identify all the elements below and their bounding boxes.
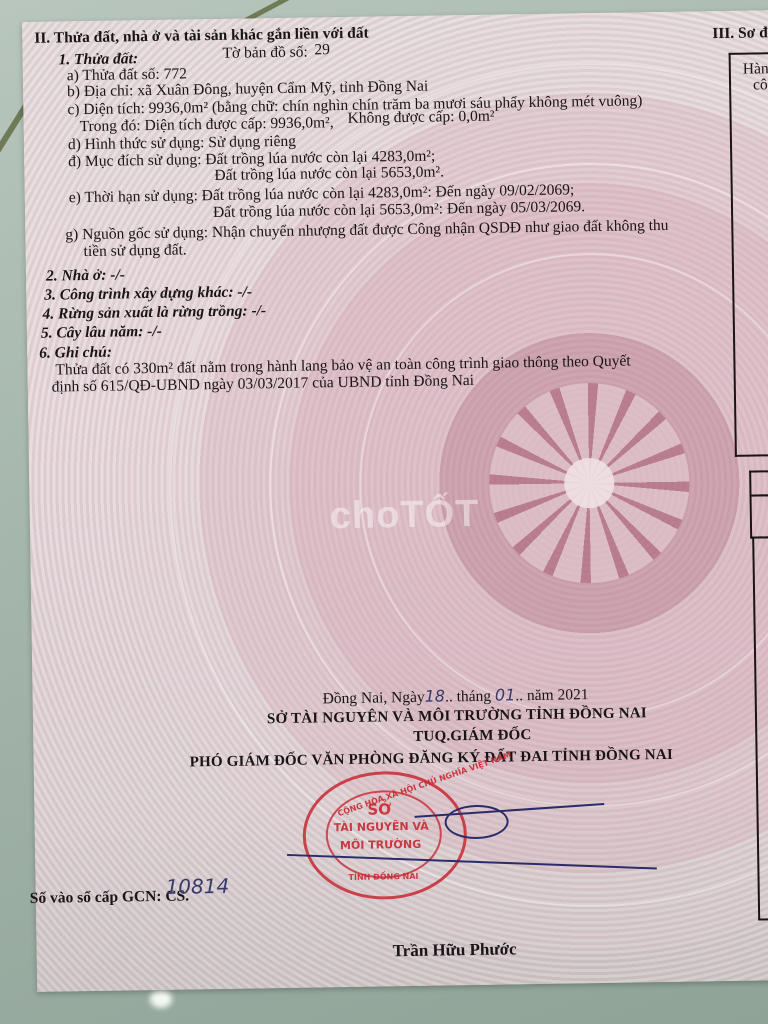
house-item: 2. Nhà ở: -/- (46, 266, 125, 285)
month-prefix: tháng (457, 688, 492, 706)
place-date-prefix: Đồng Nai, Ngày (323, 689, 425, 708)
registry-number: 10814 (165, 877, 229, 896)
diagram-cell (749, 470, 768, 497)
seal-center-text: TÀI NGUYÊN VÀ (334, 820, 429, 834)
authorization-line: TUQ.GIÁM ĐỐC (413, 726, 532, 746)
perennial-trees-item: 5. Cây lâu năm: -/- (41, 323, 162, 343)
land-use-certificate-page: choTỐT II. Thửa đất, nhà ở và tài sản kh… (22, 10, 768, 992)
usage-purpose-cont: Đất trồng lúa nước còn lại 5653,0m². (214, 163, 444, 185)
seal-outer-text: TỈNH ĐỒNG NAI (348, 872, 418, 882)
watermark: choTỐT (329, 493, 479, 538)
usage-origin-cont: tiền sử dụng đất. (83, 241, 186, 261)
seal-center-text: SỞ (367, 800, 391, 818)
planted-forest-item: 4. Rừng sản xuất là rừng trồng: -/- (42, 302, 266, 324)
diagram-frame (729, 52, 768, 457)
issue-month: 01 (495, 685, 516, 704)
seal-center-text: MÔI TRƯỜNG (340, 838, 421, 852)
issue-day: 18 (425, 686, 446, 705)
official-red-seal: CỘNG HÒA XÃ HỘI CHỦ NGHĨA VIỆT NAM SỞ TÀ… (302, 770, 468, 901)
diagram-cell (750, 494, 768, 539)
map-sheet-label: Tờ bản đồ số: (222, 44, 308, 63)
other-construction-item: 3. Công trình xây dựng khác: -/- (44, 283, 252, 304)
issue-year: năm 2021 (527, 686, 589, 704)
light-glare (150, 990, 172, 1008)
area-not-granted: Không được cấp: 0,0m² (347, 108, 494, 128)
diagram-box-label: cô (753, 76, 768, 94)
map-sheet-value: 29 (314, 41, 330, 59)
section-iii-heading: III. Sơ đ (712, 24, 768, 43)
signer-name: Trần Hữu Phước (393, 940, 517, 960)
